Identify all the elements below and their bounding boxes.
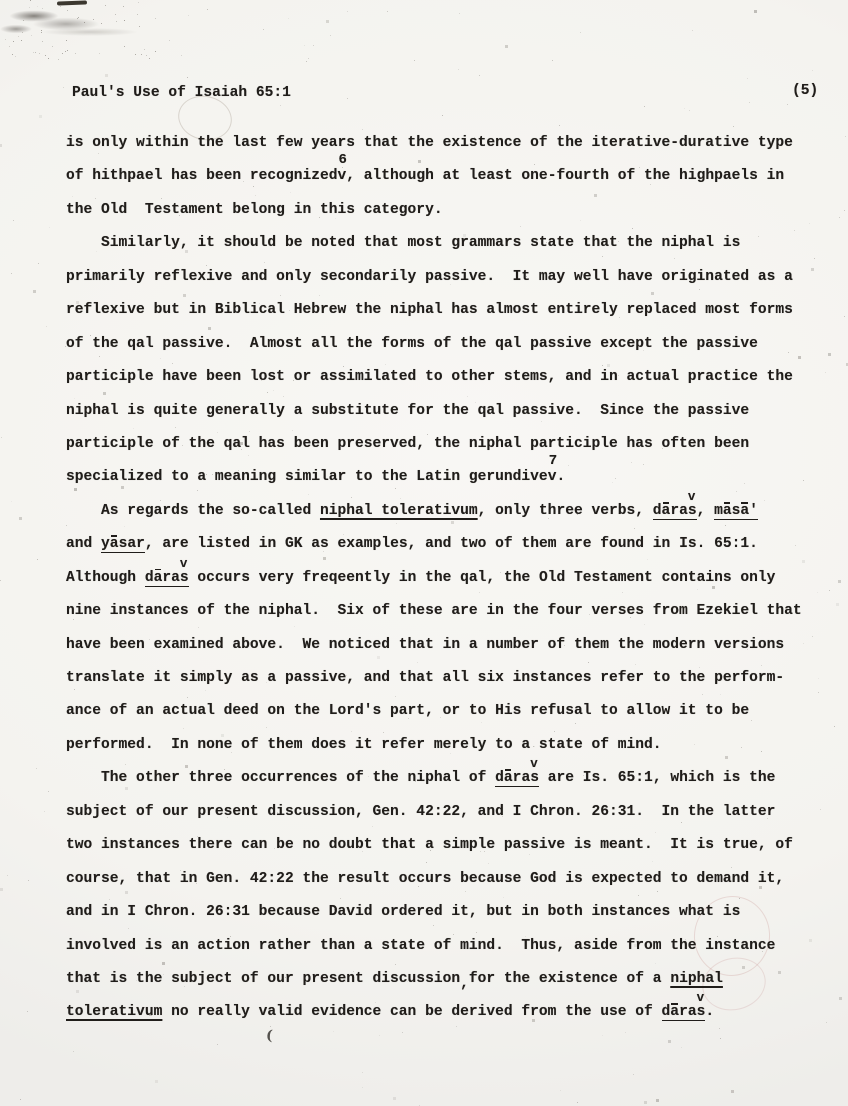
char-with-car-mark: sv [697, 1004, 706, 1020]
char-with-mac-mark: a [670, 1004, 679, 1020]
text-run: . [556, 469, 565, 485]
text-line: niphal is quite generally a substitute f… [66, 395, 828, 428]
text-run: niphal is quite generally a substitute f… [66, 403, 749, 419]
text-line: is only within the last few years that t… [66, 127, 828, 160]
text-line: participle of the qal has been preserved… [66, 428, 828, 461]
text-run: nine instances of the niphal. Six of the… [66, 603, 802, 619]
text-run: no really valid evidence can be derived … [162, 1004, 661, 1020]
text-line: the Old Testament belong in this categor… [66, 194, 828, 227]
transliterated-word-daras: darasv [495, 770, 539, 787]
text-run: are Is. 65:1, which is the [539, 770, 775, 786]
text-line: of the qal passive. Almost all the forms… [66, 328, 828, 361]
text-line: performed. In none of them does it refer… [66, 729, 828, 762]
text-run: primarily reflexive and only secondarily… [66, 269, 793, 285]
text-run: subject of our present discussion, Gen. … [66, 804, 775, 820]
text-line: participle have been lost or assimilated… [66, 361, 828, 394]
scanned-typescript-page: ( Paul's Use of Isaiah 65:1 (5) is only … [0, 0, 848, 1106]
text-run: As regards the so-called [66, 503, 320, 519]
running-header-title: Paul's Use of Isaiah 65:1 [72, 85, 291, 101]
text-run: translate it simply as a passive, and th… [66, 670, 784, 686]
text-run: the Old Testament belong in this categor… [66, 202, 443, 218]
text-line: and in I Chron. 26:31 because David orde… [66, 896, 828, 929]
text-run: of the qal passive. Almost all the forms… [66, 336, 758, 352]
char-with-car-mark: sv [688, 503, 697, 519]
underlined-term: niphal tolerativum [320, 503, 478, 519]
text-run: The other three occurrences of the nipha… [66, 770, 495, 786]
transliterated-word-daras: darasv [653, 503, 697, 520]
text-line: ance of an actual deed on the Lord's par… [66, 695, 828, 728]
text-run: , [697, 503, 715, 519]
char-with-car-mark: sv [530, 770, 539, 786]
caron-mark: v [697, 993, 705, 1003]
text-run: for the existence of a [469, 971, 670, 987]
text-run: involved is an action rather than a stat… [66, 938, 775, 954]
text-run: Similarly, it should be noted that most … [66, 235, 740, 251]
text-line: two instances there can be no doubt that… [66, 829, 828, 862]
stray-ink-mark: ( [265, 1028, 273, 1044]
macron-mark [155, 569, 162, 571]
footnote-number: 6 [339, 154, 347, 166]
char-with-mac-mark: a [662, 503, 671, 519]
transliterated-word-daras: darasv [662, 1004, 706, 1021]
text-run: reflexive but in Biblical Hebrew the nip… [66, 302, 793, 318]
text-line: specialized to a meaning similar to the … [66, 461, 828, 494]
caron-mark: v [180, 559, 188, 569]
text-run: , although at least one-fourth of the hi… [346, 168, 784, 184]
text-line: that is the subject of our present discu… [66, 963, 828, 996]
text-line: Similarly, it should be noted that most … [66, 227, 828, 260]
inserted-comma: , [460, 976, 469, 992]
text-run: that is the subject of our present discu… [66, 971, 460, 987]
paper-noise [0, 0, 1, 1]
text-run: course, that in Gen. 42:22 the result oc… [66, 871, 784, 887]
text-line: nine instances of the niphal. Six of the… [66, 595, 828, 628]
underlined-term: niphal [670, 971, 723, 987]
footnote-marker: v7 [548, 469, 557, 485]
char-with-mac-mark: a [110, 536, 119, 552]
text-line: translate it simply as a passive, and th… [66, 662, 828, 695]
text-line: reflexive but in Biblical Hebrew the nip… [66, 294, 828, 327]
underlined-term: tolerativum [66, 1004, 162, 1020]
char-with-mac-mark: a [504, 770, 513, 786]
text-run: specialized to a meaning similar to the … [66, 469, 548, 485]
transliterated-word-yasar: yasar [101, 536, 145, 553]
transliterated-word-masa: masa' [714, 503, 758, 520]
text-run: of hithpael has been recognized [66, 168, 338, 184]
page-number: (5) [792, 83, 818, 99]
macron-mark [724, 502, 731, 504]
text-line: tolerativum no really valid evidence can… [66, 996, 828, 1029]
char-with-mac-mark: a [154, 570, 163, 586]
footnote-number: 7 [549, 455, 557, 467]
text-line: of hithpael has been recognizedv6, altho… [66, 160, 828, 193]
macron-mark [663, 502, 670, 504]
scan-dash-mark [57, 0, 87, 5]
text-line: The other three occurrences of the nipha… [66, 762, 828, 795]
text-run: two instances there can be no doubt that… [66, 837, 793, 853]
char-with-car-mark: sv [180, 570, 189, 586]
scan-smudge [0, 2, 150, 50]
text-run: and in I Chron. 26:31 because David orde… [66, 904, 740, 920]
footnote-marker: v6 [338, 168, 347, 184]
macron-mark [111, 535, 118, 537]
text-line: subject of our present discussion, Gen. … [66, 796, 828, 829]
macron-mark [741, 502, 748, 504]
text-run: occurs very freqeently in the qal, the O… [189, 570, 776, 586]
text-run: participle have been lost or assimilated… [66, 369, 793, 385]
text-run: Although [66, 570, 145, 586]
char-with-mac-mark: a [723, 503, 732, 519]
text-run: is only within the last few years that t… [66, 135, 793, 151]
text-run: and [66, 536, 101, 552]
text-line: As regards the so-called niphal tolerati… [66, 495, 828, 528]
text-line: course, that in Gen. 42:22 the result oc… [66, 863, 828, 896]
text-line: involved is an action rather than a stat… [66, 930, 828, 963]
text-line: Although darasv occurs very freqeently i… [66, 562, 828, 595]
text-run: , are listed in GK as examples, and two … [145, 536, 758, 552]
macron-mark [505, 769, 512, 771]
char-with-mac-mark: a [740, 503, 749, 519]
caron-mark: v [688, 492, 696, 502]
text-line: have been examined above. We noticed tha… [66, 629, 828, 662]
text-run: have been examined above. We noticed tha… [66, 637, 784, 653]
caron-mark: v [530, 759, 538, 769]
typescript-body: is only within the last few years that t… [66, 127, 828, 1030]
macron-mark [671, 1003, 678, 1005]
text-run: participle of the qal has been preserved… [66, 436, 749, 452]
text-run: , only three verbs, [478, 503, 653, 519]
text-run: . [705, 1004, 714, 1020]
transliterated-word-daras: darasv [145, 570, 189, 587]
text-line: primarily reflexive and only secondarily… [66, 261, 828, 294]
text-run: performed. In none of them does it refer… [66, 737, 662, 753]
text-run: ance of an actual deed on the Lord's par… [66, 703, 749, 719]
